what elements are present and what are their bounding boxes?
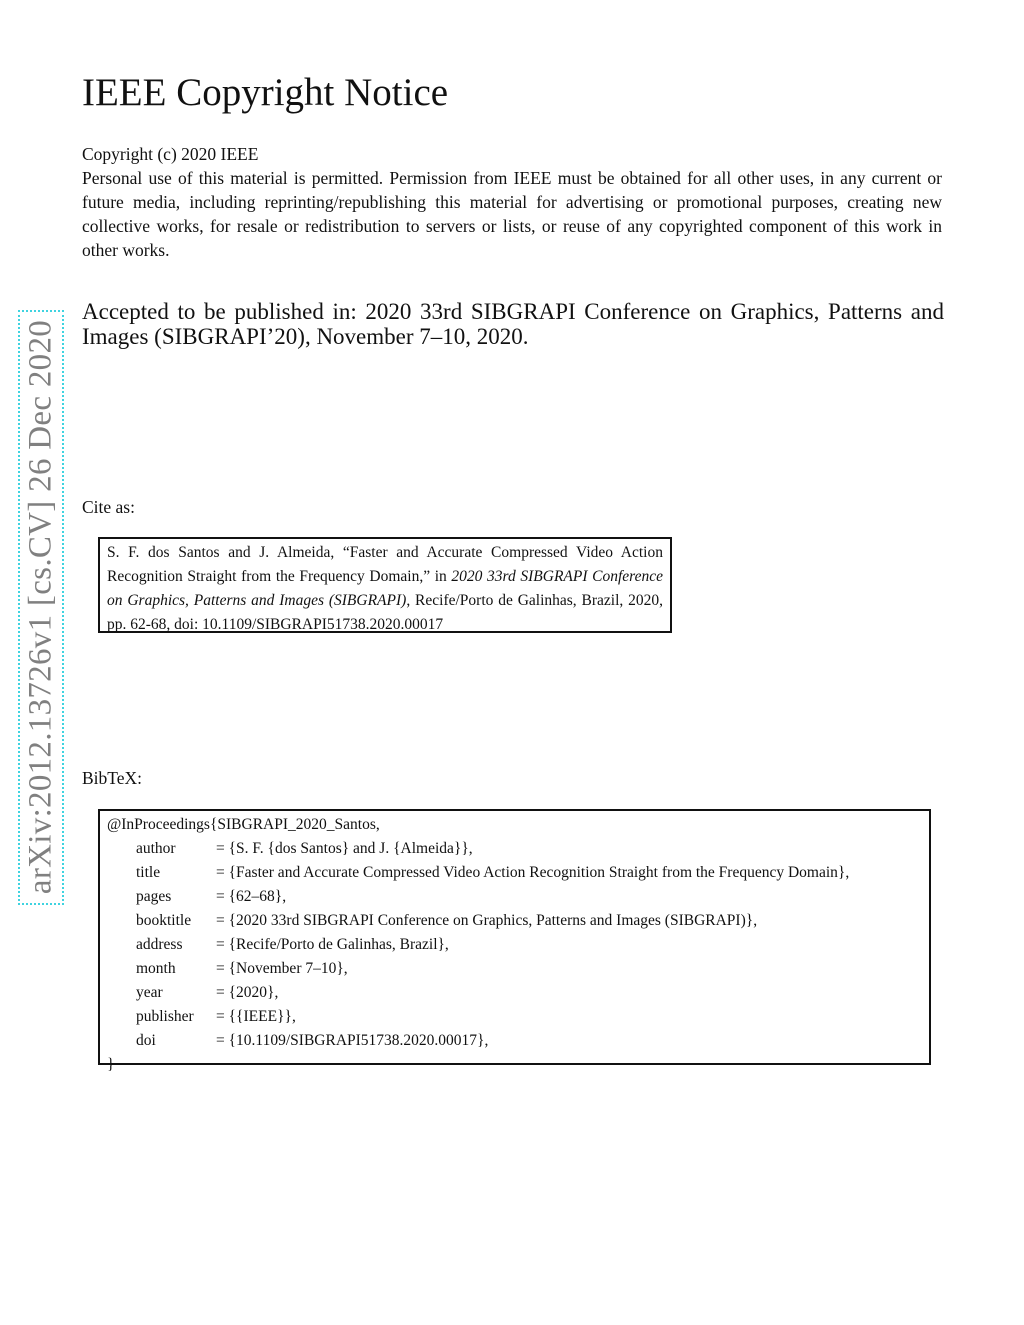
bibtex-footer: } xyxy=(107,1053,922,1077)
bibtex-key: address xyxy=(107,933,216,957)
copyright-notice: Copyright (c) 2020 IEEE Personal use of … xyxy=(82,142,942,262)
bibtex-key: doi xyxy=(107,1029,216,1053)
copyright-body: Personal use of this material is permitt… xyxy=(82,166,942,262)
accepted-notice: Accepted to be published in: 2020 33rd S… xyxy=(82,300,944,349)
bibtex-key: publisher xyxy=(107,1005,216,1029)
bibtex-value: = {2020 33rd SIBGRAPI Conference on Grap… xyxy=(216,909,922,933)
bibtex-box: @InProceedings{SIBGRAPI_2020_Santos, aut… xyxy=(98,809,931,1065)
bibtex-value: = {{IEEE}}, xyxy=(216,1005,922,1029)
copyright-line: Copyright (c) 2020 IEEE xyxy=(82,142,942,166)
bibtex-key: pages xyxy=(107,885,216,909)
bibtex-key: month xyxy=(107,957,216,981)
bibtex-field-address: address= {Recife/Porto de Galinhas, Braz… xyxy=(107,933,922,957)
bibtex-field-pages: pages= {62–68}, xyxy=(107,885,922,909)
bibtex-header: @InProceedings{SIBGRAPI_2020_Santos, xyxy=(107,813,922,837)
bibtex-value: = {November 7–10}, xyxy=(216,957,922,981)
bibtex-key: author xyxy=(107,837,216,861)
bibtex-field-month: month= {November 7–10}, xyxy=(107,957,922,981)
bibtex-value: = {Recife/Porto de Galinhas, Brazil}, xyxy=(216,933,922,957)
bibtex-field-title: title= {Faster and Accurate Compressed V… xyxy=(107,861,922,885)
bibtex-key: title xyxy=(107,861,216,885)
bibtex-key: year xyxy=(107,981,216,1005)
bibtex-field-author: author= {S. F. {dos Santos} and J. {Alme… xyxy=(107,837,922,861)
arxiv-identifier: arXiv:2012.13726v1 [cs.CV] 26 Dec 2020 xyxy=(23,320,60,894)
bibtex-field-booktitle: booktitle= {2020 33rd SIBGRAPI Conferenc… xyxy=(107,909,922,933)
bibtex-key: booktitle xyxy=(107,909,216,933)
bibtex-field-year: year= {2020}, xyxy=(107,981,922,1005)
bibtex-value: = {Faster and Accurate Compressed Video … xyxy=(216,861,922,885)
bibtex-value: = {2020}, xyxy=(216,981,922,1005)
cite-label: Cite as: xyxy=(82,496,135,518)
bibtex-value: = {S. F. {dos Santos} and J. {Almeida}}, xyxy=(216,837,922,861)
bibtex-field-doi: doi= {10.1109/SIBGRAPI51738.2020.00017}, xyxy=(107,1029,922,1053)
bibtex-value: = {62–68}, xyxy=(216,885,922,909)
citation-box: S. F. dos Santos and J. Almeida, “Faster… xyxy=(98,537,672,633)
bibtex-label: BibTeX: xyxy=(82,767,142,789)
bibtex-value: = {10.1109/SIBGRAPI51738.2020.00017}, xyxy=(216,1029,922,1053)
bibtex-field-publisher: publisher= {{IEEE}}, xyxy=(107,1005,922,1029)
page-title: IEEE Copyright Notice xyxy=(82,70,448,116)
